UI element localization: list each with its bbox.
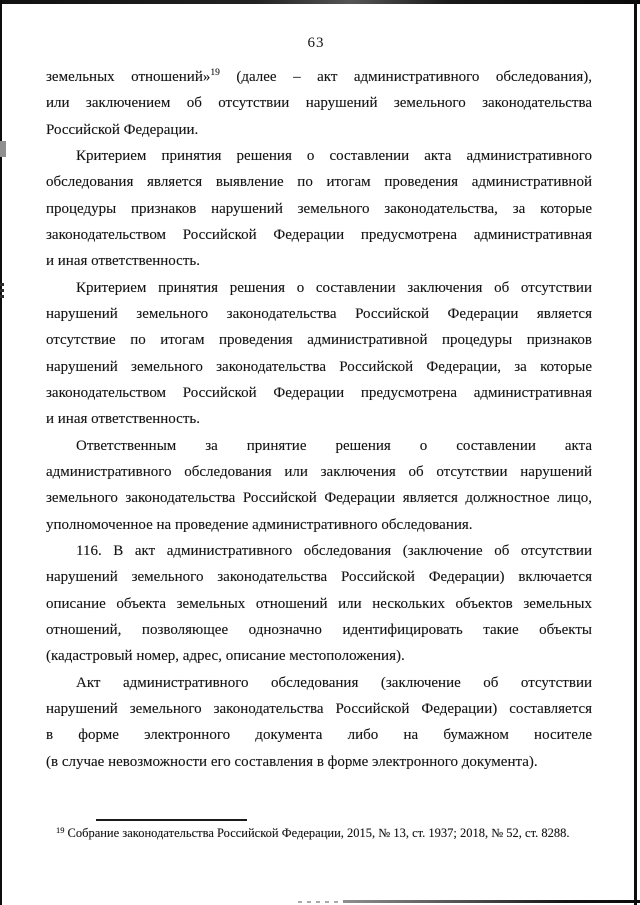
text-line: и иная ответственность. — [46, 406, 592, 432]
text-line: (кадастровый номер, адрес, описание мест… — [46, 643, 592, 669]
text-segment: и иная ответственность. — [46, 253, 200, 269]
scan-artifact-ticks — [0, 283, 4, 298]
text-line: административного обследования или заклю… — [46, 459, 592, 485]
footnote-reference: 19 — [210, 68, 220, 78]
text-line: Акт административного обследования (закл… — [46, 670, 592, 696]
text-line: законодательством Российской Федерации п… — [46, 380, 592, 406]
page-border-right — [634, 0, 637, 905]
text-segment: Ответственным за принятие решения о сост… — [76, 438, 592, 454]
text-line: отношений, позволяющее однозначно иденти… — [46, 617, 592, 643]
text-segment: (в случае невозможности его составления … — [46, 754, 538, 770]
scan-artifact-smudge — [0, 141, 6, 157]
footnote-marker: 19 — [56, 825, 65, 835]
page-border-top — [0, 0, 640, 4]
text-line: или заключением об отсутствии нарушений … — [46, 90, 592, 116]
footnote-separator — [96, 819, 247, 821]
text-segment: нарушений земельного законодательства Ро… — [46, 569, 592, 585]
text-line: (в случае невозможности его составления … — [46, 749, 592, 775]
text-segment: нарушений земельного законодательства Ро… — [46, 359, 592, 375]
text-segment: уполномоченное на проведение администрат… — [46, 517, 473, 533]
text-segment: законодательством Российской Федерации п… — [46, 385, 592, 401]
text-segment: (кадастровый номер, адрес, описание мест… — [46, 648, 405, 664]
page-number: 63 — [46, 35, 586, 52]
text-segment: обследования является выявление по итога… — [46, 174, 592, 190]
text-segment: земельных отношений» — [46, 69, 210, 85]
document-page: 63 земельных отношений»19 (далее – акт а… — [0, 0, 640, 905]
text-segment: (далее – акт административного обследова… — [220, 69, 592, 85]
text-line: нарушений земельного законодательства Ро… — [46, 354, 592, 380]
text-segment: законодательством Российской Федерации п… — [46, 227, 592, 243]
text-segment: отношений, позволяющее однозначно иденти… — [46, 622, 592, 638]
text-line: процедуры признаков нарушений земельного… — [46, 196, 592, 222]
text-line: Российской Федерации. — [46, 117, 592, 143]
text-segment: описание объекта земельных отношений или… — [46, 596, 592, 612]
text-segment: Критерием принятия решения о составлении… — [76, 148, 592, 164]
paragraph: Ответственным за принятие решения о сост… — [46, 433, 592, 538]
paragraph: Критерием принятия решения о составлении… — [46, 143, 592, 275]
paragraph: 116. В акт административного обследовани… — [46, 538, 592, 670]
text-line: 116. В акт административного обследовани… — [46, 538, 592, 564]
text-segment: или заключением об отсутствии нарушений … — [46, 95, 592, 111]
text-line: обследования является выявление по итога… — [46, 169, 592, 195]
text-segment: нарушений земельного законодательства Ро… — [46, 306, 592, 322]
page-border-left — [0, 0, 2, 905]
text-segment: отсутствие по итогам проведения админист… — [46, 332, 592, 348]
text-segment: Российской Федерации. — [46, 122, 198, 138]
text-segment: процедуры признаков нарушений земельного… — [46, 201, 592, 217]
text-line: нарушений земельного законодательства Ро… — [46, 564, 592, 590]
scan-artifact-dashes — [298, 901, 340, 903]
text-line: уполномоченное на проведение администрат… — [46, 512, 592, 538]
text-segment: нарушений земельного законодательства Ро… — [46, 701, 592, 717]
body-text: земельных отношений»19 (далее – акт адми… — [46, 64, 592, 775]
text-line: Критерием принятия решения о составлении… — [46, 143, 592, 169]
text-segment: Акт административного обследования (закл… — [76, 675, 592, 691]
text-line: нарушений земельного законодательства Ро… — [46, 696, 592, 722]
text-segment: 116. В акт административного обследовани… — [76, 543, 592, 559]
footnote-text: Собрание законодательства Российской Фед… — [68, 826, 570, 840]
text-line: земельного законодательства Российской Ф… — [46, 485, 592, 511]
page-border-bottom — [343, 900, 640, 903]
text-line: отсутствие по итогам проведения админист… — [46, 327, 592, 353]
paragraph: земельных отношений»19 (далее – акт адми… — [46, 64, 592, 143]
text-line: Критерием принятия решения о составлении… — [46, 275, 592, 301]
text-line: Ответственным за принятие решения о сост… — [46, 433, 592, 459]
text-line: законодательством Российской Федерации п… — [46, 222, 592, 248]
text-line: земельных отношений»19 (далее – акт адми… — [46, 64, 592, 90]
text-segment: административного обследования или заклю… — [46, 464, 592, 480]
text-line: в форме электронного документа либо на б… — [46, 722, 592, 748]
text-segment: в форме электронного документа либо на б… — [46, 727, 592, 743]
paragraph: Акт административного обследования (закл… — [46, 670, 592, 775]
text-line: описание объекта земельных отношений или… — [46, 591, 592, 617]
text-segment: земельного законодательства Российской Ф… — [46, 490, 592, 506]
paragraph: Критерием принятия решения о составлении… — [46, 275, 592, 433]
text-line: нарушений земельного законодательства Ро… — [46, 301, 592, 327]
text-segment: Критерием принятия решения о составлении… — [76, 280, 592, 296]
footnote: 19Собрание законодательства Российской Ф… — [46, 825, 592, 842]
text-segment: и иная ответственность. — [46, 411, 200, 427]
text-line: и иная ответственность. — [46, 248, 592, 274]
